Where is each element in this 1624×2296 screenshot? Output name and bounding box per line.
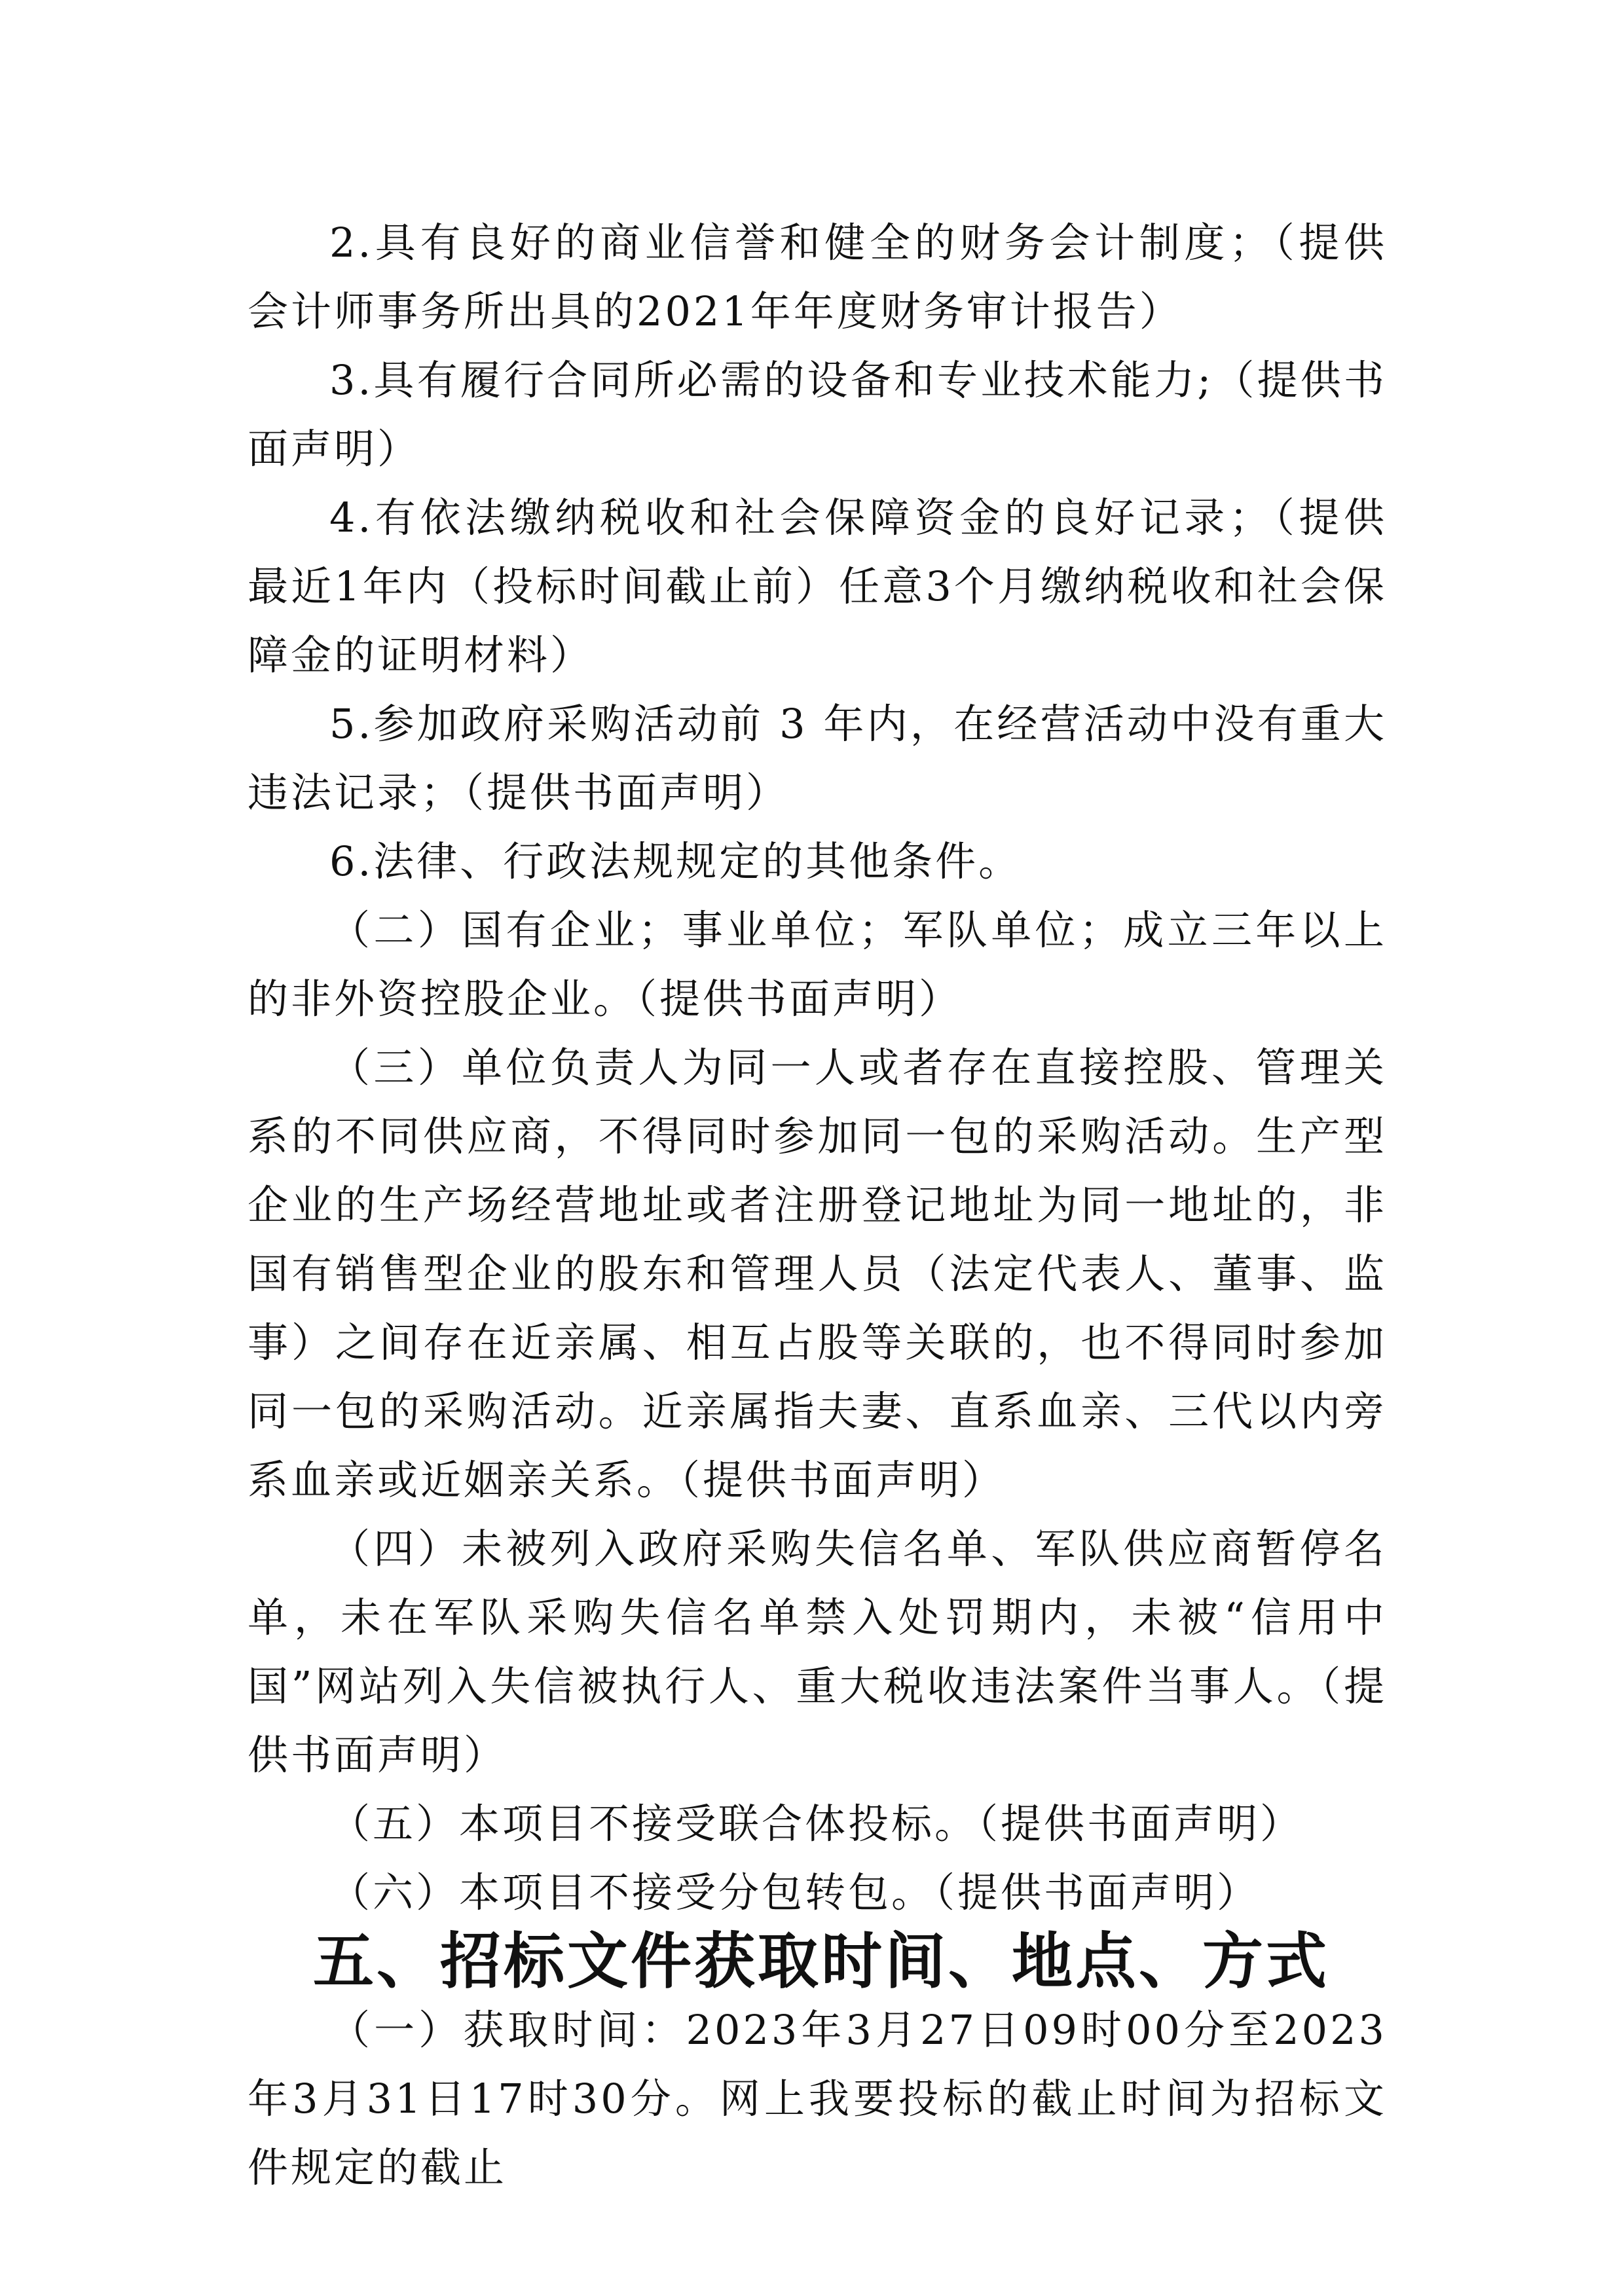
section-heading: 五、招标文件获取时间、地点、方式 bbox=[248, 1927, 1387, 1995]
paragraph-sub-5: （五）本项目不接受联合体投标。（提供书面声明） bbox=[248, 1789, 1387, 1858]
paragraph-item-2: 2.具有良好的商业信誉和健全的财务会计制度；（提供会计师事务所出具的2021年年… bbox=[248, 208, 1387, 346]
paragraph-sub-6: （六）本项目不接受分包转包。（提供书面声明） bbox=[248, 1858, 1387, 1927]
paragraph-sub-4: （四）未被列入政府采购失信名单、军队供应商暂停名单，未在军队采购失信名单禁入处罚… bbox=[248, 1514, 1387, 1789]
paragraph-item-3: 3.具有履行合同所必需的设备和专业技术能力;（提供书面声明） bbox=[248, 346, 1387, 483]
paragraph-item-6: 6.法律、行政法规规定的其他条件。 bbox=[248, 827, 1387, 896]
paragraph-acquire-time: （一）获取时间：2023年3月27日09时00分至2023年3月31日17时30… bbox=[248, 1995, 1387, 2202]
paragraph-item-4: 4.有依法缴纳税收和社会保障资金的良好记录；（提供最近1年内（投标时间截止前）任… bbox=[248, 483, 1387, 689]
paragraph-sub-2: （二）国有企业；事业单位；军队单位；成立三年以上的非外资控股企业。（提供书面声明… bbox=[248, 896, 1387, 1033]
paragraph-sub-3: （三）单位负责人为同一人或者存在直接控股、管理关系的不同供应商，不得同时参加同一… bbox=[248, 1033, 1387, 1514]
document-page: 2.具有良好的商业信誉和健全的财务会计制度；（提供会计师事务所出具的2021年年… bbox=[248, 208, 1387, 2202]
paragraph-item-5: 5.参加政府采购活动前 3 年内，在经营活动中没有重大违法记录；（提供书面声明） bbox=[248, 689, 1387, 827]
